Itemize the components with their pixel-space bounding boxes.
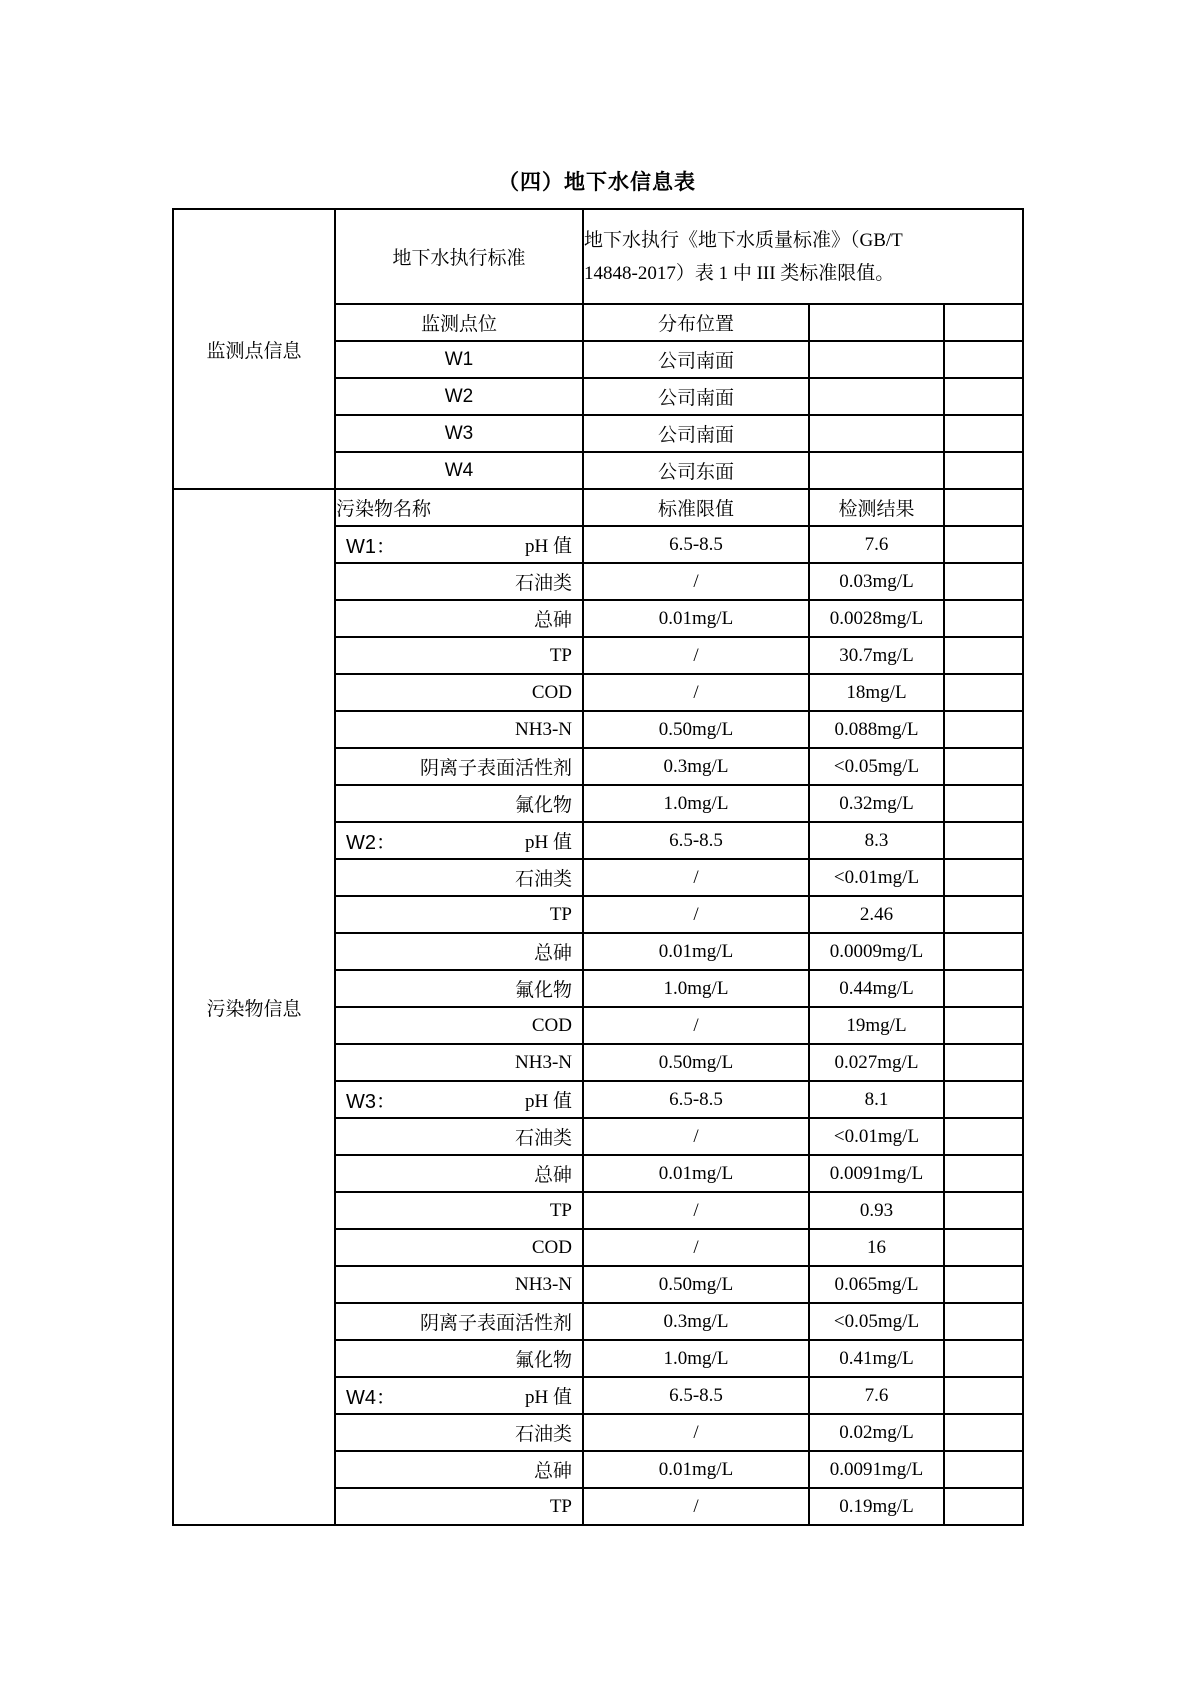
pollutant-name: 总砷 [534, 938, 572, 965]
result-value: 8.1 [809, 1081, 944, 1118]
pollutant-name: pH 值 [525, 531, 572, 558]
result-value: 0.93 [809, 1192, 944, 1229]
result-value: 7.6 [809, 1377, 944, 1414]
limit-value: 0.50mg/L [583, 1044, 809, 1081]
pollutant-name-cell: 石油类 [335, 859, 583, 896]
empty-cell [944, 378, 1023, 415]
points-header-location: 分布位置 [583, 304, 809, 341]
standard-value-line2: 14848-2017）表 1 中 III 类标准限值。 [584, 257, 1022, 290]
empty-cell [944, 600, 1023, 637]
pollutant-name: COD [532, 1237, 572, 1259]
section-label-pollutant: 污染物信息 [173, 489, 335, 1525]
limit-value: / [583, 1118, 809, 1155]
result-value: 0.41mg/L [809, 1340, 944, 1377]
limit-value: 0.50mg/L [583, 711, 809, 748]
empty-cell [944, 859, 1023, 896]
limit-value: / [583, 859, 809, 896]
empty-cell [944, 822, 1023, 859]
empty-cell [809, 378, 944, 415]
empty-cell [944, 711, 1023, 748]
result-value: 2.46 [809, 896, 944, 933]
result-value: 0.03mg/L [809, 563, 944, 600]
pollutant-name-cell: 总砷 [335, 933, 583, 970]
page-title: （四）地下水信息表 [172, 166, 1022, 196]
empty-cell [944, 1155, 1023, 1192]
limit-value: / [583, 1192, 809, 1229]
pollutant-name-cell: 石油类 [335, 1118, 583, 1155]
limit-value: 0.01mg/L [583, 1451, 809, 1488]
empty-cell [944, 415, 1023, 452]
pollutant-name: 总砷 [534, 1160, 572, 1187]
limit-value: 1.0mg/L [583, 785, 809, 822]
empty-cell [809, 304, 944, 341]
pollutant-name: 氟化物 [515, 790, 572, 817]
pollutant-name-cell: 总砷 [335, 600, 583, 637]
point-label: W1： [346, 530, 396, 559]
limit-value: 6.5-8.5 [583, 1377, 809, 1414]
limit-value: / [583, 1229, 809, 1266]
empty-cell [944, 1266, 1023, 1303]
pollutant-name-cell: 石油类 [335, 1414, 583, 1451]
limit-value: / [583, 637, 809, 674]
limit-value: 0.3mg/L [583, 1303, 809, 1340]
limit-value: / [583, 674, 809, 711]
empty-cell [944, 1081, 1023, 1118]
empty-cell [944, 489, 1023, 526]
pollutant-name: pH 值 [525, 1086, 572, 1113]
point-id: W2 [335, 378, 583, 415]
standard-row: 监测点信息 地下水执行标准 地下水执行《地下水质量标准》（GB/T 14848-… [173, 209, 1023, 304]
result-value: 18mg/L [809, 674, 944, 711]
points-header-point: 监测点位 [335, 304, 583, 341]
pollutant-name: TP [550, 904, 572, 926]
result-value: 0.32mg/L [809, 785, 944, 822]
empty-cell [944, 341, 1023, 378]
point-label: W4： [346, 1381, 396, 1410]
point-label: W2： [346, 826, 396, 855]
result-value: 0.065mg/L [809, 1266, 944, 1303]
limit-value: / [583, 896, 809, 933]
limit-value: 0.01mg/L [583, 1155, 809, 1192]
limit-value: 6.5-8.5 [583, 822, 809, 859]
empty-cell [944, 304, 1023, 341]
pollutant-name: 阴离子表面活性剂 [420, 1308, 572, 1335]
limit-value: / [583, 1414, 809, 1451]
result-value: 0.0009mg/L [809, 933, 944, 970]
empty-cell [944, 896, 1023, 933]
empty-cell [944, 970, 1023, 1007]
empty-cell [944, 452, 1023, 489]
standard-value-line1: 地下水执行《地下水质量标准》（GB/T [584, 224, 1022, 257]
pollutant-name-cell: COD [335, 674, 583, 711]
pollutant-name-cell: 总砷 [335, 1155, 583, 1192]
limit-value: / [583, 1007, 809, 1044]
empty-cell [944, 1007, 1023, 1044]
result-value: 30.7mg/L [809, 637, 944, 674]
pollutant-name: COD [532, 682, 572, 704]
empty-cell [944, 1451, 1023, 1488]
pollutant-name-cell: COD [335, 1229, 583, 1266]
pollutant-name-cell: 石油类 [335, 563, 583, 600]
result-value: 0.02mg/L [809, 1414, 944, 1451]
empty-cell [944, 674, 1023, 711]
pollutant-name-cell: TP [335, 637, 583, 674]
empty-cell [944, 748, 1023, 785]
empty-cell [809, 415, 944, 452]
pollutant-name: NH3-N [515, 719, 572, 741]
limit-value: / [583, 1488, 809, 1525]
result-value: <0.05mg/L [809, 748, 944, 785]
result-value: 0.0091mg/L [809, 1155, 944, 1192]
limit-value: 0.3mg/L [583, 748, 809, 785]
empty-cell [944, 1340, 1023, 1377]
standard-value-cell: 地下水执行《地下水质量标准》（GB/T 14848-2017）表 1 中 III… [583, 209, 1023, 304]
empty-cell [809, 452, 944, 489]
result-value: 0.44mg/L [809, 970, 944, 1007]
pollutant-name: 总砷 [534, 605, 572, 632]
result-value: <0.05mg/L [809, 1303, 944, 1340]
point-id: W3 [335, 415, 583, 452]
pollutant-name-cell: 总砷 [335, 1451, 583, 1488]
point-id: W1 [335, 341, 583, 378]
limit-value: 1.0mg/L [583, 1340, 809, 1377]
pollutant-name-cell: W2： pH 值 [335, 822, 583, 859]
pollutant-name-cell: NH3-N [335, 1266, 583, 1303]
pollutant-name: 石油类 [515, 568, 572, 595]
pollutant-name: 氟化物 [515, 975, 572, 1002]
empty-cell [809, 341, 944, 378]
pollutant-header-name: 污染物名称 [335, 489, 583, 526]
empty-cell [944, 933, 1023, 970]
pollutant-name-cell: W3： pH 值 [335, 1081, 583, 1118]
limit-value: 0.01mg/L [583, 600, 809, 637]
section-label-monitoring: 监测点信息 [173, 209, 335, 489]
result-value: 19mg/L [809, 1007, 944, 1044]
result-value: 7.6 [809, 526, 944, 563]
result-value: 0.027mg/L [809, 1044, 944, 1081]
empty-cell [944, 563, 1023, 600]
pollutant-name-cell: 阴离子表面活性剂 [335, 748, 583, 785]
empty-cell [944, 1414, 1023, 1451]
point-location: 公司东面 [583, 452, 809, 489]
pollutant-section: 污染物信息 污染物名称 标准限值 检测结果 W1： pH 值 6.5-8.5 7… [173, 489, 1023, 1525]
monitoring-section: 监测点信息 地下水执行标准 地下水执行《地下水质量标准》（GB/T 14848-… [173, 209, 1023, 489]
pollutant-name: pH 值 [525, 1382, 572, 1409]
point-location: 公司南面 [583, 378, 809, 415]
pollutant-name: 总砷 [534, 1456, 572, 1483]
result-value: 8.3 [809, 822, 944, 859]
pollutant-name-cell: 氟化物 [335, 1340, 583, 1377]
limit-value: 0.01mg/L [583, 933, 809, 970]
point-label: W3： [346, 1085, 396, 1114]
empty-cell [944, 637, 1023, 674]
empty-cell [944, 1044, 1023, 1081]
pollutant-name: 阴离子表面活性剂 [420, 753, 572, 780]
pollutant-name: NH3-N [515, 1274, 572, 1296]
pollutant-name: COD [532, 1015, 572, 1037]
pollutant-name-cell: W1： pH 值 [335, 526, 583, 563]
result-value: 0.0028mg/L [809, 600, 944, 637]
pollutant-name: NH3-N [515, 1052, 572, 1074]
empty-cell [944, 1192, 1023, 1229]
point-location: 公司南面 [583, 341, 809, 378]
pollutant-name: pH 值 [525, 827, 572, 854]
result-value: <0.01mg/L [809, 859, 944, 896]
result-value: 0.19mg/L [809, 1488, 944, 1525]
standard-label-cell: 地下水执行标准 [335, 209, 583, 304]
point-id: W4 [335, 452, 583, 489]
pollutant-name-cell: NH3-N [335, 1044, 583, 1081]
pollutant-name-cell: 氟化物 [335, 970, 583, 1007]
pollutant-name: TP [550, 1496, 572, 1518]
result-value: <0.01mg/L [809, 1118, 944, 1155]
point-location: 公司南面 [583, 415, 809, 452]
pollutant-name-cell: COD [335, 1007, 583, 1044]
limit-value: 0.50mg/L [583, 1266, 809, 1303]
empty-cell [944, 1377, 1023, 1414]
pollutant-name-cell: 阴离子表面活性剂 [335, 1303, 583, 1340]
empty-cell [944, 526, 1023, 563]
pollutant-name-cell: TP [335, 1488, 583, 1525]
limit-value: 6.5-8.5 [583, 1081, 809, 1118]
empty-cell [944, 1118, 1023, 1155]
limit-value: 1.0mg/L [583, 970, 809, 1007]
pollutant-header-result: 检测结果 [809, 489, 944, 526]
pollutant-header-limit: 标准限值 [583, 489, 809, 526]
result-value: 0.0091mg/L [809, 1451, 944, 1488]
limit-value: / [583, 563, 809, 600]
pollutant-name-cell: TP [335, 1192, 583, 1229]
pollutant-header-row: 污染物信息 污染物名称 标准限值 检测结果 [173, 489, 1023, 526]
pollutant-name: 氟化物 [515, 1345, 572, 1372]
empty-cell [944, 785, 1023, 822]
pollutant-name-cell: W4： pH 值 [335, 1377, 583, 1414]
empty-cell [944, 1229, 1023, 1266]
result-value: 0.088mg/L [809, 711, 944, 748]
pollutant-name-cell: TP [335, 896, 583, 933]
limit-value: 6.5-8.5 [583, 526, 809, 563]
groundwater-info-table: 监测点信息 地下水执行标准 地下水执行《地下水质量标准》（GB/T 14848-… [172, 208, 1024, 1526]
pollutant-name: 石油类 [515, 1419, 572, 1446]
pollutant-name-cell: 氟化物 [335, 785, 583, 822]
empty-cell [944, 1303, 1023, 1340]
pollutant-name: 石油类 [515, 864, 572, 891]
empty-cell [944, 1488, 1023, 1525]
pollutant-name: TP [550, 1200, 572, 1222]
pollutant-name: 石油类 [515, 1123, 572, 1150]
pollutant-name: TP [550, 645, 572, 667]
pollutant-name-cell: NH3-N [335, 711, 583, 748]
result-value: 16 [809, 1229, 944, 1266]
